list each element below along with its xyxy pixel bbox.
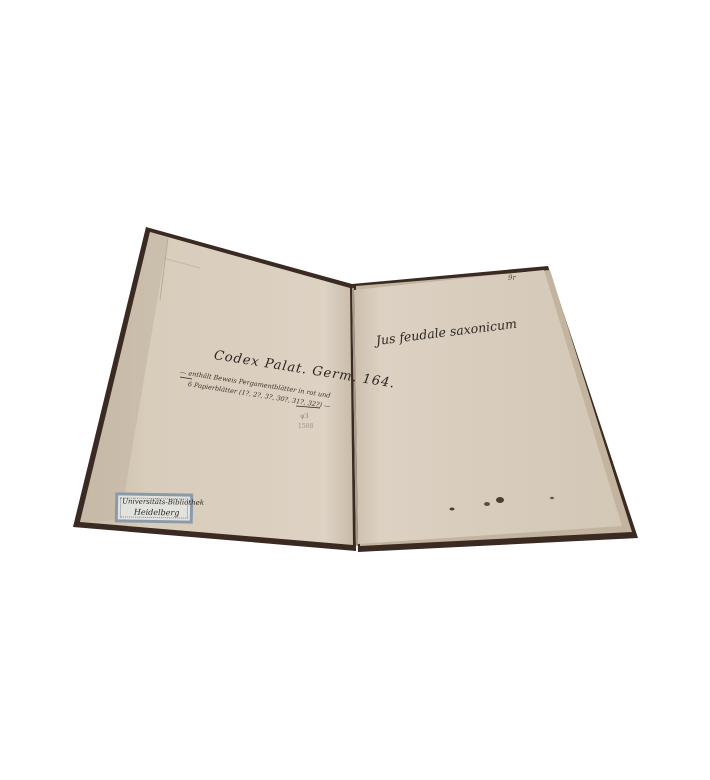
pencil-note: ψ3 bbox=[300, 413, 309, 420]
photo-scene: Codex Palat. Germ. 164. — enthält Beweis… bbox=[0, 0, 710, 780]
label-line2: Heidelberg bbox=[134, 508, 180, 518]
pencil-number: 1508 bbox=[298, 423, 313, 430]
open-book-illustration bbox=[0, 0, 710, 780]
label-line1: Universitäts-Bibliothek bbox=[122, 497, 204, 506]
folio-number: 9r bbox=[508, 274, 516, 282]
library-bookplate-label: Universitäts-Bibliothek Heidelberg bbox=[115, 492, 194, 523]
